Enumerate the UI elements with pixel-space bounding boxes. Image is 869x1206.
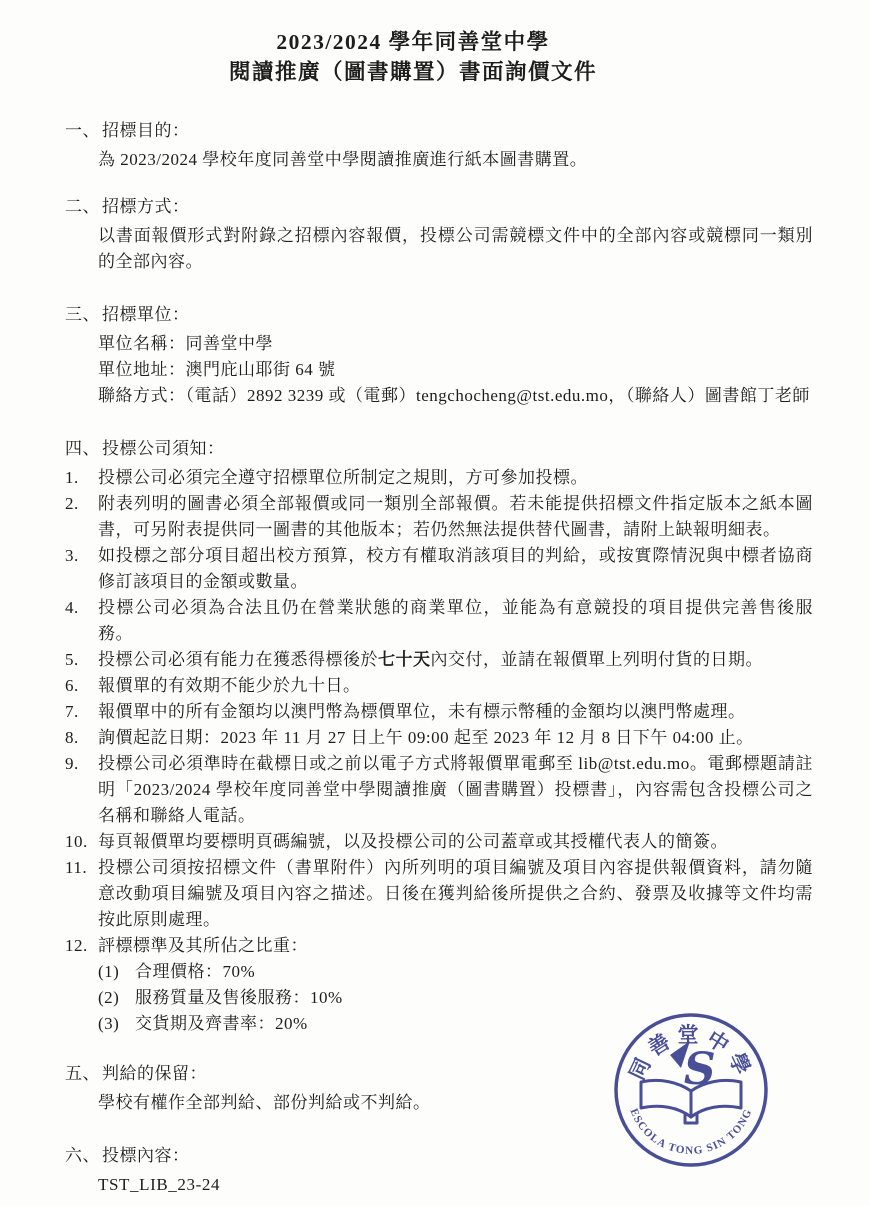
item-text: 附表列明的圖書必須全部報價或同一類別全部報價。若未能提供招標文件指定版本之紙本圖… (98, 491, 813, 543)
text-run: 附表列明的圖書必須全部報價或同一類別全部報價。若未能提供招標文件指定版本之紙本圖… (98, 494, 813, 539)
text-run: 評標標準及其所佔之比重： (98, 936, 308, 955)
list-item: 10.每頁報價單均要標明頁碼編號，以及投標公司的公司蓋章或其授權代表人的簡簽。 (65, 829, 813, 855)
item-text: 投標公司必須為合法且仍在營業狀態的商業單位，並能為有意競投的項目提供完善售後服務… (98, 595, 813, 647)
section-label: 六、 (65, 1143, 102, 1169)
section-heading-row: 三、招標單位： (65, 302, 813, 328)
item-number: 1. (65, 465, 98, 491)
text-run: TST_LIB_23-24 (98, 1175, 220, 1194)
list-item: 5.投標公司必須有能力在獲悉得標後於七十天內交付，並請在報價單上列明付貨的日期。 (65, 647, 813, 673)
section-body: 1.投標公司必須完全遵守招標單位所制定之規則，方可參加投標。2.附表列明的圖書必… (65, 465, 813, 1037)
item-number: (2) (98, 985, 135, 1011)
text-run: 投標公司必須為合法且仍在營業狀態的商業單位，並能為有意競投的項目提供完善售後服務… (98, 598, 813, 643)
sub-list-item: (1)合理價格：70% (98, 959, 813, 985)
list-item: 12.評標標準及其所佔之比重： (65, 933, 813, 959)
section-1: 一、招標目的：為 2023/2024 學校年度同善堂中學閱讀推廣進行紙本圖書購置… (65, 118, 813, 173)
list-item: 2.附表列明的圖書必須全部報價或同一類別全部報價。若未能提供招標文件指定版本之紙… (65, 491, 813, 543)
text-run: 服務質量及售後服務：10% (135, 988, 343, 1007)
text-run: 內交付，並請在報價單上列明付貨的日期。 (431, 650, 764, 669)
text-run: 投標公司必須完全遵守招標單位所制定之規則，方可參加投標。 (98, 468, 588, 487)
text-run: 為 2023/2024 學校年度同善堂中學閱讀推廣進行紙本圖書購置。 (98, 150, 587, 169)
title-line-2: 閱讀推廣（圖書購置）書面詢價文件 (65, 57, 761, 87)
text-run: 單位地址：澳門庇山耶街 64 號 (98, 360, 336, 379)
item-number: 12. (65, 933, 98, 959)
section-label: 五、 (65, 1061, 102, 1087)
section-body: 單位名稱：同善堂中學單位地址：澳門庇山耶街 64 號聯絡方式：（電話）2892 … (65, 331, 813, 409)
section-label: 三、 (65, 302, 102, 328)
item-number: (1) (98, 959, 135, 985)
item-number: 4. (65, 595, 98, 647)
section-heading-row: 四、投標公司須知： (65, 436, 813, 462)
section-label: 四、 (65, 436, 102, 462)
item-number: 10. (65, 829, 98, 855)
text-run: 合理價格：70% (135, 962, 255, 981)
text-run: 如投標之部分項目超出校方預算，校方有權取消該項目的判給，或按實際情況與中標者協商… (98, 546, 813, 591)
text-run: 每頁報價單均要標明頁碼編號，以及投標公司的公司蓋章或其授權代表人的簡簽。 (98, 832, 728, 851)
section-heading: 招標方式： (102, 194, 190, 220)
item-number: 2. (65, 491, 98, 543)
list-item: 8.詢價起訖日期：2023 年 11 月 27 日上午 09:00 起至 202… (65, 725, 813, 751)
list-item: 1.投標公司必須完全遵守招標單位所制定之規則，方可參加投標。 (65, 465, 813, 491)
section-body: 以書面報價形式對附錄之招標內容報價，投標公司需競標文件中的全部內容或競標同一類別… (65, 223, 813, 275)
paragraph: 為 2023/2024 學校年度同善堂中學閱讀推廣進行紙本圖書購置。 (98, 147, 813, 173)
section-heading: 投標公司須知： (102, 436, 225, 462)
text-run: 投標公司必須準時在截標日或之前以電子方式將報價單電郵至 lib@tst.edu.… (98, 754, 813, 825)
text-run: 報價單中的所有金額均以澳門幣為標價單位，未有標示幣種的金額均以澳門幣處理。 (98, 702, 746, 721)
list-item: 9.投標公司必須準時在截標日或之前以電子方式將報價單電郵至 lib@tst.ed… (65, 751, 813, 829)
text-run: 詢價起訖日期：2023 年 11 月 27 日上午 09:00 起至 2023 … (98, 728, 754, 747)
item-text: 如投標之部分項目超出校方預算，校方有權取消該項目的判給，或按實際情況與中標者協商… (98, 543, 813, 595)
item-text: 投標公司必須準時在截標日或之前以電子方式將報價單電郵至 lib@tst.edu.… (98, 751, 813, 829)
title-line-1: 2023/2024 學年同善堂中學 (65, 27, 761, 57)
item-text: 合理價格：70% (135, 959, 813, 985)
list-item: 3.如投標之部分項目超出校方預算，校方有權取消該項目的判給，或按實際情況與中標者… (65, 543, 813, 595)
doc-page: 2023/2024 學年同善堂中學 閱讀推廣（圖書購置）書面詢價文件 一、招標目… (0, 0, 869, 1206)
section-heading-row: 二、招標方式： (65, 194, 813, 220)
item-text: 投標公司須按招標文件（書單附件）內所列明的項目編號及項目內容提供報價資料，請勿隨… (98, 855, 813, 933)
paragraph: 單位名稱：同善堂中學 (98, 331, 813, 357)
item-number: 6. (65, 673, 98, 699)
section-heading: 招標單位： (102, 302, 190, 328)
item-number: 3. (65, 543, 98, 595)
section-body: 為 2023/2024 學校年度同善堂中學閱讀推廣進行紙本圖書購置。 (65, 147, 813, 173)
section-2: 二、招標方式：以書面報價形式對附錄之招標內容報價，投標公司需競標文件中的全部內容… (65, 194, 813, 275)
section-3: 三、招標單位：單位名稱：同善堂中學單位地址：澳門庇山耶街 64 號聯絡方式：（電… (65, 302, 813, 409)
section-heading: 判給的保留： (102, 1061, 207, 1087)
text-run: 單位名稱：同善堂中學 (98, 334, 273, 353)
text-run: 聯絡方式：（電話）2892 3239 或（電郵）tengchocheng@tst… (98, 386, 810, 405)
item-text: 投標公司必須完全遵守招標單位所制定之規則，方可參加投標。 (98, 465, 813, 491)
item-text: 詢價起訖日期：2023 年 11 月 27 日上午 09:00 起至 2023 … (98, 725, 813, 751)
list-item: 11.投標公司須按招標文件（書單附件）內所列明的項目編號及項目內容提供報價資料，… (65, 855, 813, 933)
paragraph: 聯絡方式：（電話）2892 3239 或（電郵）tengchocheng@tst… (98, 383, 813, 409)
text-run: 報價單的有效期不能少於九十日。 (98, 676, 361, 695)
text-run: 學校有權作全部判給、部份判給或不判給。 (98, 1093, 431, 1112)
list-item: 6.報價單的有效期不能少於九十日。 (65, 673, 813, 699)
item-text: 每頁報價單均要標明頁碼編號，以及投標公司的公司蓋章或其授權代表人的簡簽。 (98, 829, 813, 855)
paragraph: 以書面報價形式對附錄之招標內容報價，投標公司需競標文件中的全部內容或競標同一類別… (98, 223, 813, 275)
section-label: 一、 (65, 118, 102, 144)
item-text: 報價單中的所有金額均以澳門幣為標價單位，未有標示幣種的金額均以澳門幣處理。 (98, 699, 813, 725)
item-text: 報價單的有效期不能少於九十日。 (98, 673, 813, 699)
list-item: 4.投標公司必須為合法且仍在營業狀態的商業單位，並能為有意競投的項目提供完善售後… (65, 595, 813, 647)
item-number: 8. (65, 725, 98, 751)
list-item: 7.報價單中的所有金額均以澳門幣為標價單位，未有標示幣種的金額均以澳門幣處理。 (65, 699, 813, 725)
section-heading: 招標目的： (102, 118, 190, 144)
doc-title: 2023/2024 學年同善堂中學 閱讀推廣（圖書購置）書面詢價文件 (65, 0, 813, 87)
item-number: 9. (65, 751, 98, 829)
section-4: 四、投標公司須知：1.投標公司必須完全遵守招標單位所制定之規則，方可參加投標。2… (65, 436, 813, 1037)
emphasis-text: 七十天 (378, 650, 431, 669)
section-heading-row: 一、招標目的： (65, 118, 813, 144)
item-number: 7. (65, 699, 98, 725)
item-number: (3) (98, 1011, 135, 1037)
section-heading: 投標內容： (102, 1143, 190, 1169)
item-number: 5. (65, 647, 98, 673)
text-run: 投標公司必須有能力在獲悉得標後於 (98, 650, 378, 669)
text-run: 投標公司須按招標文件（書單附件）內所列明的項目編號及項目內容提供報價資料，請勿隨… (98, 858, 813, 929)
item-text: 評標標準及其所佔之比重： (98, 933, 813, 959)
item-number: 11. (65, 855, 98, 933)
text-run: 交貨期及齊書率：20% (135, 1014, 308, 1033)
school-stamp: 同善堂中學 S ESCOLA TONG SIN TONG (612, 1005, 770, 1180)
item-text: 投標公司必須有能力在獲悉得標後於七十天內交付，並請在報價單上列明付貨的日期。 (98, 647, 813, 673)
text-run: 以書面報價形式對附錄之招標內容報價，投標公司需競標文件中的全部內容或競標同一類別… (98, 226, 813, 271)
section-label: 二、 (65, 194, 102, 220)
paragraph: 單位地址：澳門庇山耶街 64 號 (98, 357, 813, 383)
